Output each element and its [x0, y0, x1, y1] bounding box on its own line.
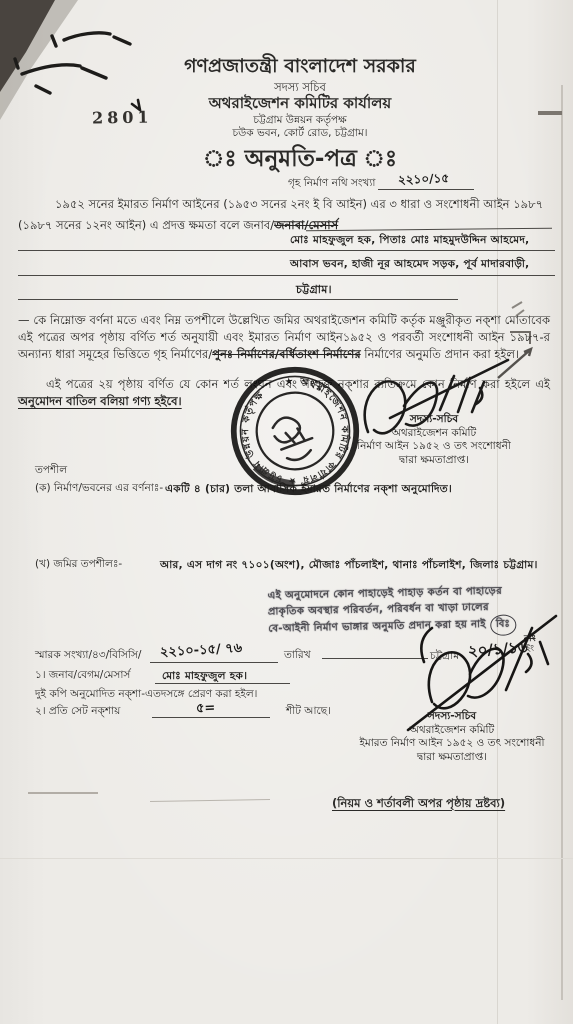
intro-line-2: (১৯৮৭ সনের ১২নং আইন) এ প্রদত্ত ক্ষমতা বল…	[18, 217, 338, 234]
signatory-bottom-empowered: দ্বারা ক্ষমতাপ্রাপ্ত।	[352, 751, 552, 765]
signatory-bottom-title: সদস্য-সচিব	[352, 710, 552, 724]
pencil-mark-footer	[150, 799, 270, 802]
schedule-title: তপশীল	[35, 463, 67, 480]
memo-item2-suffix: শীট আছে।	[286, 704, 331, 721]
memo-item2-label: ২। প্রতি সেট নক্শায়	[35, 704, 120, 721]
memo-item1-note: দুই কপি অনুমোদিত নক্শা-এতদসঙ্গে প্রেরণ ক…	[35, 687, 257, 704]
signatory-bottom-law: ইমারত নির্মাণ আইন ১৯৫২ ও তৎ সংশোধনী	[352, 737, 552, 751]
form-line-1	[306, 228, 552, 232]
schedule-b-label: (খ) জমির তপশীলঃ-	[35, 557, 122, 574]
footer-note: (নিয়ম ও শর্তাবলী অপর পৃষ্ঠায় দ্রষ্টব্য…	[332, 795, 505, 814]
intro-line-2-prefix: (১৯৮৭ সনের ১২নং আইন) এ প্রদত্ত ক্ষমতা বল…	[18, 218, 274, 232]
applicant-address-line: আবাস ভবন, হাজী নূর আহমেদ সড়ক, পূর্ব মাদ…	[290, 257, 529, 274]
signatory-bottom-committee: অথরাইজেশন কমিটি	[352, 724, 552, 738]
pencil-mark-left	[28, 792, 98, 794]
schedule-b-value: আর, এস দাগ নং ৭১০১(অংশ), মৌজাঃ পাঁচলাইশ,…	[160, 558, 538, 575]
signatory-top-title: সদস্য-সচিব	[345, 413, 523, 427]
signatory-top-committee: অথরাইজেশন কমিটি	[345, 427, 523, 441]
memo-ref-label: স্মারক সংখ্যা/৪৩/বিসিসি/	[35, 648, 141, 665]
memo-date-label: তারিখ	[284, 648, 311, 665]
signatory-block-top: সদস্য-সচিব অথরাইজেশন কমিটি নির্মাণ আইন ১…	[345, 413, 523, 467]
applicant-district-line: চট্টগ্রাম।	[296, 281, 332, 300]
form-line-4	[18, 299, 458, 300]
file-no-label: গৃহ নির্মাণ নথি সংখ্যা	[288, 176, 375, 193]
form-line-3	[18, 275, 555, 276]
memo-ref-value: ২২১০-১৫/ ৭৬	[160, 639, 243, 664]
schedule-a-label: (ক) নির্মাণ/ভবনের এর বর্ণনাঃ-	[35, 481, 163, 498]
scanned-permit-page: 2801 গণপ্রজাতন্ত্রী বাংলাদেশ সরকার সদস্য…	[0, 0, 573, 1024]
memo-item1-line	[155, 683, 290, 684]
signatory-block-bottom: সদস্য-সচিব অথরাইজেশন কমিটি ইমারত নির্মাণ…	[352, 710, 552, 764]
file-no-value: ২২১০/১৫	[398, 170, 450, 192]
memo-item1-label: ১। জনাব/বেগম/মেসার্স	[35, 668, 130, 685]
intro-line-1: ১৯৫২ সনের ইমারত নির্মাণ আইনের (১৯৫৩ সনের…	[55, 196, 547, 213]
applicant-name-line: মোঃ মাহফুজুল হক, পিতাঃ মোঃ মাহমুদউদ্দিন …	[290, 233, 529, 250]
seal-center-scribble	[271, 413, 316, 463]
form-line-2	[18, 250, 555, 251]
signatory-top-law: নির্মাণ আইন ১৯৫২ ও তৎ সংশোধনী	[345, 440, 523, 454]
memo-item2-value: ৫=	[196, 699, 216, 721]
page-title: ঃ অনুমতি-পত্র ঃ	[30, 140, 570, 179]
violation-paragraph-underlined: অনুমোদন বাতিল বলিয়া গণ্য হইবে।	[18, 394, 182, 408]
fold-crease-horizontal	[0, 858, 573, 859]
signatory-top-empowered: দ্বারা ক্ষমতাপ্রাপ্ত।	[345, 454, 523, 468]
schedule-a-value: একটি ৪ (চার) তলা আবাসিক ইমারত নির্মাণের …	[165, 482, 452, 499]
scan-edge-line	[561, 85, 563, 1000]
